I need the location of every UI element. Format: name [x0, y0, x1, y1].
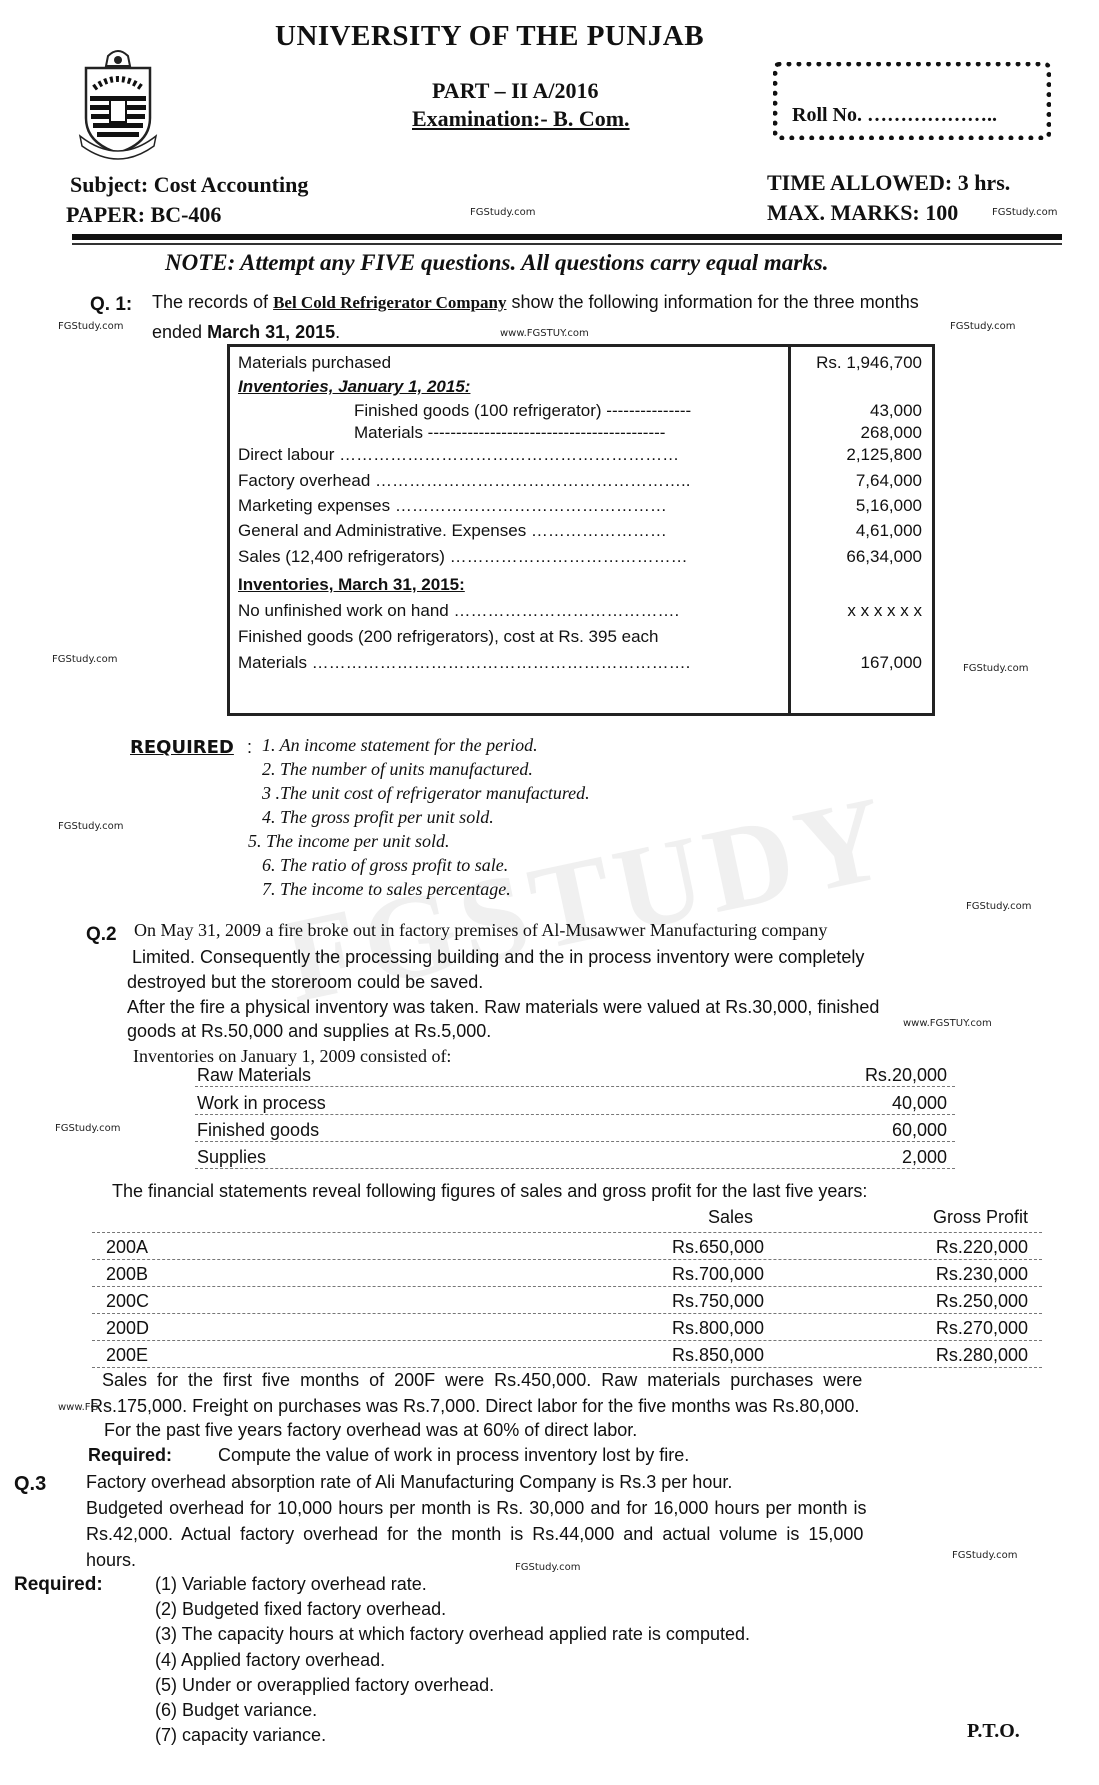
row-value: 5,16,000	[856, 496, 922, 516]
paper-code: PAPER: BC-406	[66, 202, 221, 228]
time-allowed: TIME ALLOWED: 3 hrs.	[767, 170, 1010, 196]
row-value: Rs. 1,946,700	[816, 353, 922, 373]
q1-intro-line2: ended March 31, 2015.	[152, 322, 340, 343]
q2-after-line: Sales for the first five months of 200F …	[102, 1370, 862, 1391]
row-label: Inventories, January 1, 2015:	[238, 377, 470, 397]
row-value: 7,64,000	[856, 471, 922, 491]
table-row: 200CRs.750,000Rs.250,000	[92, 1287, 1042, 1314]
table-row: Factory overhead ………………………………………………..7,6…	[238, 471, 932, 495]
watermark-text: FGStudy.com	[952, 1550, 1017, 1561]
examination-name: Examination:- B. Com.	[412, 106, 630, 132]
required-label: Required:	[14, 1574, 103, 1596]
required-item: (4) Applied factory overhead.	[155, 1650, 385, 1671]
gross-profit-cell: Rs.230,000	[936, 1264, 1028, 1285]
q1-date: March 31, 2015	[207, 322, 335, 342]
watermark-text: www.FGSTUY.com	[500, 328, 589, 339]
row-label: Inventories, March 31, 2015:	[238, 575, 465, 595]
q2-paragraph-line: goods at Rs.50,000 and supplies at Rs.5,…	[127, 1021, 491, 1042]
watermark-text: FGStudy.com	[515, 1562, 580, 1573]
q2-paragraph-line: Limited. Consequently the processing bui…	[132, 947, 864, 968]
q2-required-text: Compute the value of work in process inv…	[218, 1445, 689, 1466]
year-cell: 200E	[106, 1345, 148, 1366]
sales-cell: Rs.700,000	[672, 1264, 764, 1285]
table-row: Sales (12,400 refrigerators) ………………………………	[238, 547, 932, 571]
row-value: 2,125,800	[846, 445, 922, 465]
required-item: 6. The ratio of gross profit to sale.	[262, 855, 508, 876]
row-label: Direct labour ……………………………………………………	[238, 445, 679, 465]
required-item: (1) Variable factory overhead rate.	[155, 1574, 427, 1595]
required-item: (2) Budgeted fixed factory overhead.	[155, 1599, 446, 1620]
exam-note: NOTE: Attempt any FIVE questions. All qu…	[165, 250, 828, 276]
row-label: Factory overhead ………………………………………………..	[238, 471, 690, 491]
row-label: Materials ………………………………………………………….	[238, 653, 690, 673]
year-cell: 200B	[106, 1264, 148, 1285]
q2-after-line: For the past five years factory overhead…	[104, 1420, 637, 1441]
required-item: (3) The capacity hours at which factory …	[155, 1624, 750, 1645]
row-value: 4,61,000	[856, 521, 922, 541]
table-row: Finished goods (100 refrigerator) ------…	[238, 401, 932, 425]
gross-profit-cell: Rs.270,000	[936, 1318, 1028, 1339]
year-cell: 200C	[106, 1291, 149, 1312]
table-row: 200ERs.850,000Rs.280,000	[92, 1341, 1042, 1368]
q1-intro-text: show the following information for the t…	[512, 292, 919, 312]
pto-label: P.T.O.	[967, 1720, 1020, 1743]
required-label: Required:	[88, 1445, 172, 1466]
gross-profit-cell: Rs.250,000	[936, 1291, 1028, 1312]
table-row: Marketing expenses …………………………………………5,16,…	[238, 496, 932, 520]
inventory-row: Work in process40,000	[195, 1088, 955, 1115]
university-crest-icon	[78, 48, 158, 163]
table-row: Finished goods (200 refrigerators), cost…	[238, 627, 932, 651]
watermark-text: www.FGSTUY.com	[903, 1018, 992, 1029]
watermark-text: FGStudy.com	[52, 654, 117, 665]
required-item: (6) Budget variance.	[155, 1700, 317, 1721]
year-cell: 200A	[106, 1237, 148, 1258]
watermark-text: FGStudy.com	[950, 321, 1015, 332]
column-header-gross-profit: Gross Profit	[933, 1207, 1028, 1228]
table-row: 200DRs.800,000Rs.270,000	[92, 1314, 1042, 1341]
required-label: REQUIRED	[130, 737, 234, 758]
watermark-text: FGStudy.com	[963, 663, 1028, 674]
row-label: Materials purchased	[238, 353, 391, 373]
table-row: No unfinished work on hand ……………………………………	[238, 601, 932, 625]
table-row: Direct labour ……………………………………………………2,125,…	[238, 445, 932, 469]
column-header-sales: Sales	[708, 1207, 753, 1228]
sales-cell: Rs.850,000	[672, 1345, 764, 1366]
inventory-value: 60,000	[892, 1120, 947, 1141]
inventory-label: Raw Materials	[197, 1065, 311, 1086]
watermark-text: FGStudy.com	[55, 1123, 120, 1134]
required-item: (5) Under or overapplied factory overhea…	[155, 1675, 494, 1696]
inventory-value: 2,000	[902, 1147, 947, 1168]
colon: :	[247, 737, 252, 758]
watermark-text: FGStudy.com	[58, 321, 123, 332]
inventory-label: Supplies	[197, 1147, 266, 1168]
row-value: x x x x x x	[847, 601, 922, 621]
row-label: Finished goods (100 refrigerator) ------…	[354, 401, 691, 421]
watermark-text: www.FG	[58, 1402, 98, 1413]
sales-cell: Rs.800,000	[672, 1318, 764, 1339]
inventory-label: Work in process	[197, 1093, 326, 1114]
sales-cell: Rs.750,000	[672, 1291, 764, 1312]
table-row: 200ARs.650,000Rs.220,000	[92, 1233, 1042, 1260]
row-value: 43,000	[870, 401, 922, 421]
row-label: Sales (12,400 refrigerators) ………………………………	[238, 547, 688, 567]
q2-paragraph-line: After the fire a physical inventory was …	[127, 997, 879, 1018]
question-number: Q.3	[14, 1473, 46, 1496]
question-number: Q. 1:	[90, 294, 132, 316]
row-value: 268,000	[861, 423, 922, 443]
required-item: 4. The gross profit per unit sold.	[262, 807, 494, 828]
inventory-row: Finished goods60,000	[195, 1115, 955, 1142]
required-item: 2. The number of units manufactured.	[262, 759, 533, 780]
table-row: Materials purchasedRs. 1,946,700	[238, 353, 932, 377]
roll-number-label: Roll No. ………………..	[792, 104, 997, 127]
watermark-text: FGStudy.com	[992, 207, 1057, 218]
q3-paragraph-line: Budgeted overhead for 10,000 hours per m…	[86, 1498, 867, 1519]
year-cell: 200D	[106, 1318, 149, 1339]
university-title: UNIVERSITY OF THE PUNJAB	[275, 20, 704, 53]
roll-number-box: Roll No. ………………..	[773, 62, 1051, 140]
exam-part: PART – II A/2016	[432, 78, 599, 104]
required-item: (7) capacity variance.	[155, 1725, 326, 1746]
q1-intro: The records of Bel Cold Refrigerator Com…	[152, 292, 919, 313]
inventory-label: Finished goods	[197, 1120, 319, 1141]
table-row: Inventories, March 31, 2015:	[238, 575, 932, 599]
watermark-text: FGStudy.com	[58, 821, 123, 832]
watermark-text: FGStudy.com	[470, 207, 535, 218]
required-item: 5. The income per unit sold.	[248, 831, 449, 852]
q2-financial-intro: The financial statements reveal followin…	[112, 1181, 867, 1202]
row-label: No unfinished work on hand ……………………………………	[238, 601, 679, 621]
header-divider	[72, 243, 1062, 245]
watermark-text: FGStudy.com	[966, 901, 1031, 912]
table-row: Materials ------------------------------…	[238, 423, 932, 447]
row-value: 167,000	[861, 653, 922, 673]
required-item: 7. The income to sales percentage.	[262, 879, 511, 900]
header-divider	[72, 234, 1062, 240]
q2-after-line: Rs.175,000. Freight on purchases was Rs.…	[90, 1396, 859, 1417]
inventory-value: 40,000	[892, 1093, 947, 1114]
inventory-value: Rs.20,000	[865, 1065, 947, 1086]
table-row: General and Administrative. Expenses …………	[238, 521, 932, 545]
table-row: Inventories, January 1, 2015:	[238, 377, 932, 401]
inventory-row: Raw MaterialsRs.20,000	[195, 1060, 955, 1087]
inventory-row: Supplies2,000	[195, 1142, 955, 1169]
q3-paragraph-line: hours.	[86, 1550, 136, 1571]
q1-intro-text: ended	[152, 322, 202, 342]
max-marks: MAX. MARKS: 100	[767, 200, 958, 226]
table-row: 200BRs.700,000Rs.230,000	[92, 1260, 1042, 1287]
row-value: 66,34,000	[846, 547, 922, 567]
row-label: Finished goods (200 refrigerators), cost…	[238, 627, 659, 647]
question-number: Q.2	[86, 924, 117, 946]
row-label: Materials ------------------------------…	[354, 423, 665, 443]
gross-profit-cell: Rs.220,000	[936, 1237, 1028, 1258]
q2-paragraph-line: On May 31, 2009 a fire broke out in fact…	[134, 920, 827, 941]
q1-intro-text: .	[335, 322, 340, 342]
q1-data-table: Materials purchasedRs. 1,946,700Inventor…	[227, 344, 935, 716]
table-row: Materials ………………………………………………………….167,000	[238, 653, 932, 677]
q3-paragraph-line: Rs.42,000. Actual factory overhead for t…	[86, 1524, 863, 1545]
row-label: Marketing expenses …………………………………………	[238, 496, 667, 516]
required-item: 1. An income statement for the period.	[262, 735, 538, 756]
company-name: Bel Cold Refrigerator Company	[273, 293, 506, 312]
required-item: 3 .The unit cost of refrigerator manufac…	[262, 783, 590, 804]
q3-paragraph-line: Factory overhead absorption rate of Ali …	[86, 1472, 732, 1493]
gross-profit-cell: Rs.280,000	[936, 1345, 1028, 1366]
subject-label: Subject: Cost Accounting	[70, 172, 308, 198]
q2-paragraph-line: destroyed but the storeroom could be sav…	[127, 972, 483, 993]
sales-cell: Rs.650,000	[672, 1237, 764, 1258]
row-label: General and Administrative. Expenses …………	[238, 521, 667, 541]
q1-intro-text: The records of	[152, 292, 268, 312]
